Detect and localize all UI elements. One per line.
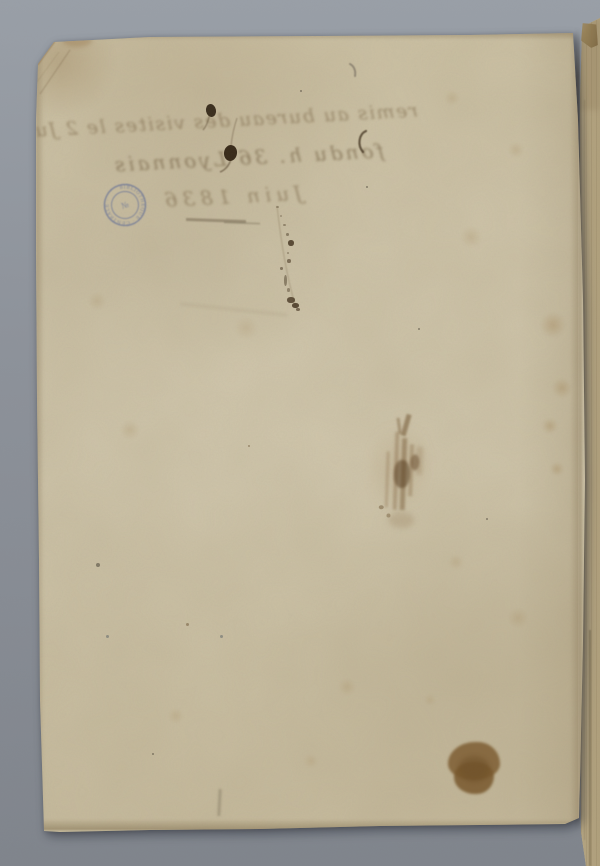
ink-dribble-dot	[296, 308, 300, 311]
ink-dribble-dot	[288, 240, 294, 246]
smudge-dot	[379, 505, 384, 509]
ink-dribble-dot	[283, 224, 286, 226]
ink-dribble-trace	[277, 206, 296, 308]
stain-core	[458, 756, 490, 782]
ink-dribble-streak	[284, 275, 287, 286]
foxing-spot	[304, 754, 318, 768]
ink-speck	[300, 90, 302, 92]
scan-background: remis au bureau des visites le 2 Juin fo…	[0, 0, 600, 866]
smudge-fade	[388, 512, 415, 529]
foxing-spot	[508, 608, 528, 628]
ink-speck	[248, 445, 250, 447]
ink-speck	[96, 563, 100, 567]
foxing-spot	[168, 708, 184, 724]
foxing-spot	[338, 678, 356, 696]
foxing-spot	[508, 142, 524, 158]
blot-tail	[220, 159, 231, 172]
ink-speck	[186, 623, 189, 626]
corner-crease-faint	[37, 52, 59, 82]
foxing-spot	[424, 694, 436, 706]
foxing-spot	[120, 420, 140, 440]
dark-hook-stroke	[359, 131, 366, 152]
foxing-spot	[550, 462, 564, 476]
ink-transfer-smudge	[370, 409, 436, 535]
blot-ascender	[231, 118, 237, 146]
foxing-spot	[460, 226, 482, 248]
ink-dribble-dot	[286, 233, 289, 236]
grease-stain	[446, 742, 502, 796]
foxing-spot	[540, 312, 566, 338]
ink-dribble-dot	[287, 288, 290, 292]
ink-strokes	[0, 0, 600, 866]
foxing-spot	[448, 554, 464, 570]
blot-tail	[203, 114, 210, 130]
ink-speck	[106, 635, 109, 638]
ink-speck	[220, 635, 223, 638]
foxing-spot	[234, 316, 258, 340]
ink-speck	[152, 753, 154, 755]
ink-dribble-dot	[287, 259, 291, 263]
ink-speck	[418, 328, 420, 330]
ink-speck	[366, 186, 368, 188]
ink-speck	[486, 518, 488, 520]
manuscript-page: remis au bureau des visites le 2 Juin fo…	[0, 0, 600, 866]
foxing-spot	[552, 378, 572, 398]
ink-dribble-dot	[280, 215, 282, 217]
foxing-spot	[444, 90, 460, 106]
ink-dribble-dot	[287, 252, 289, 254]
ink-dribble-dot	[276, 206, 279, 208]
ink-dribble-dot	[280, 267, 283, 270]
foxing-spot	[88, 292, 106, 310]
corner-cut-edge	[38, 42, 54, 64]
foxing-spot	[542, 418, 558, 434]
gray-ink-flick	[350, 64, 355, 76]
manuscript-page-wrap: remis au bureau des visites le 2 Juin fo…	[0, 0, 600, 866]
